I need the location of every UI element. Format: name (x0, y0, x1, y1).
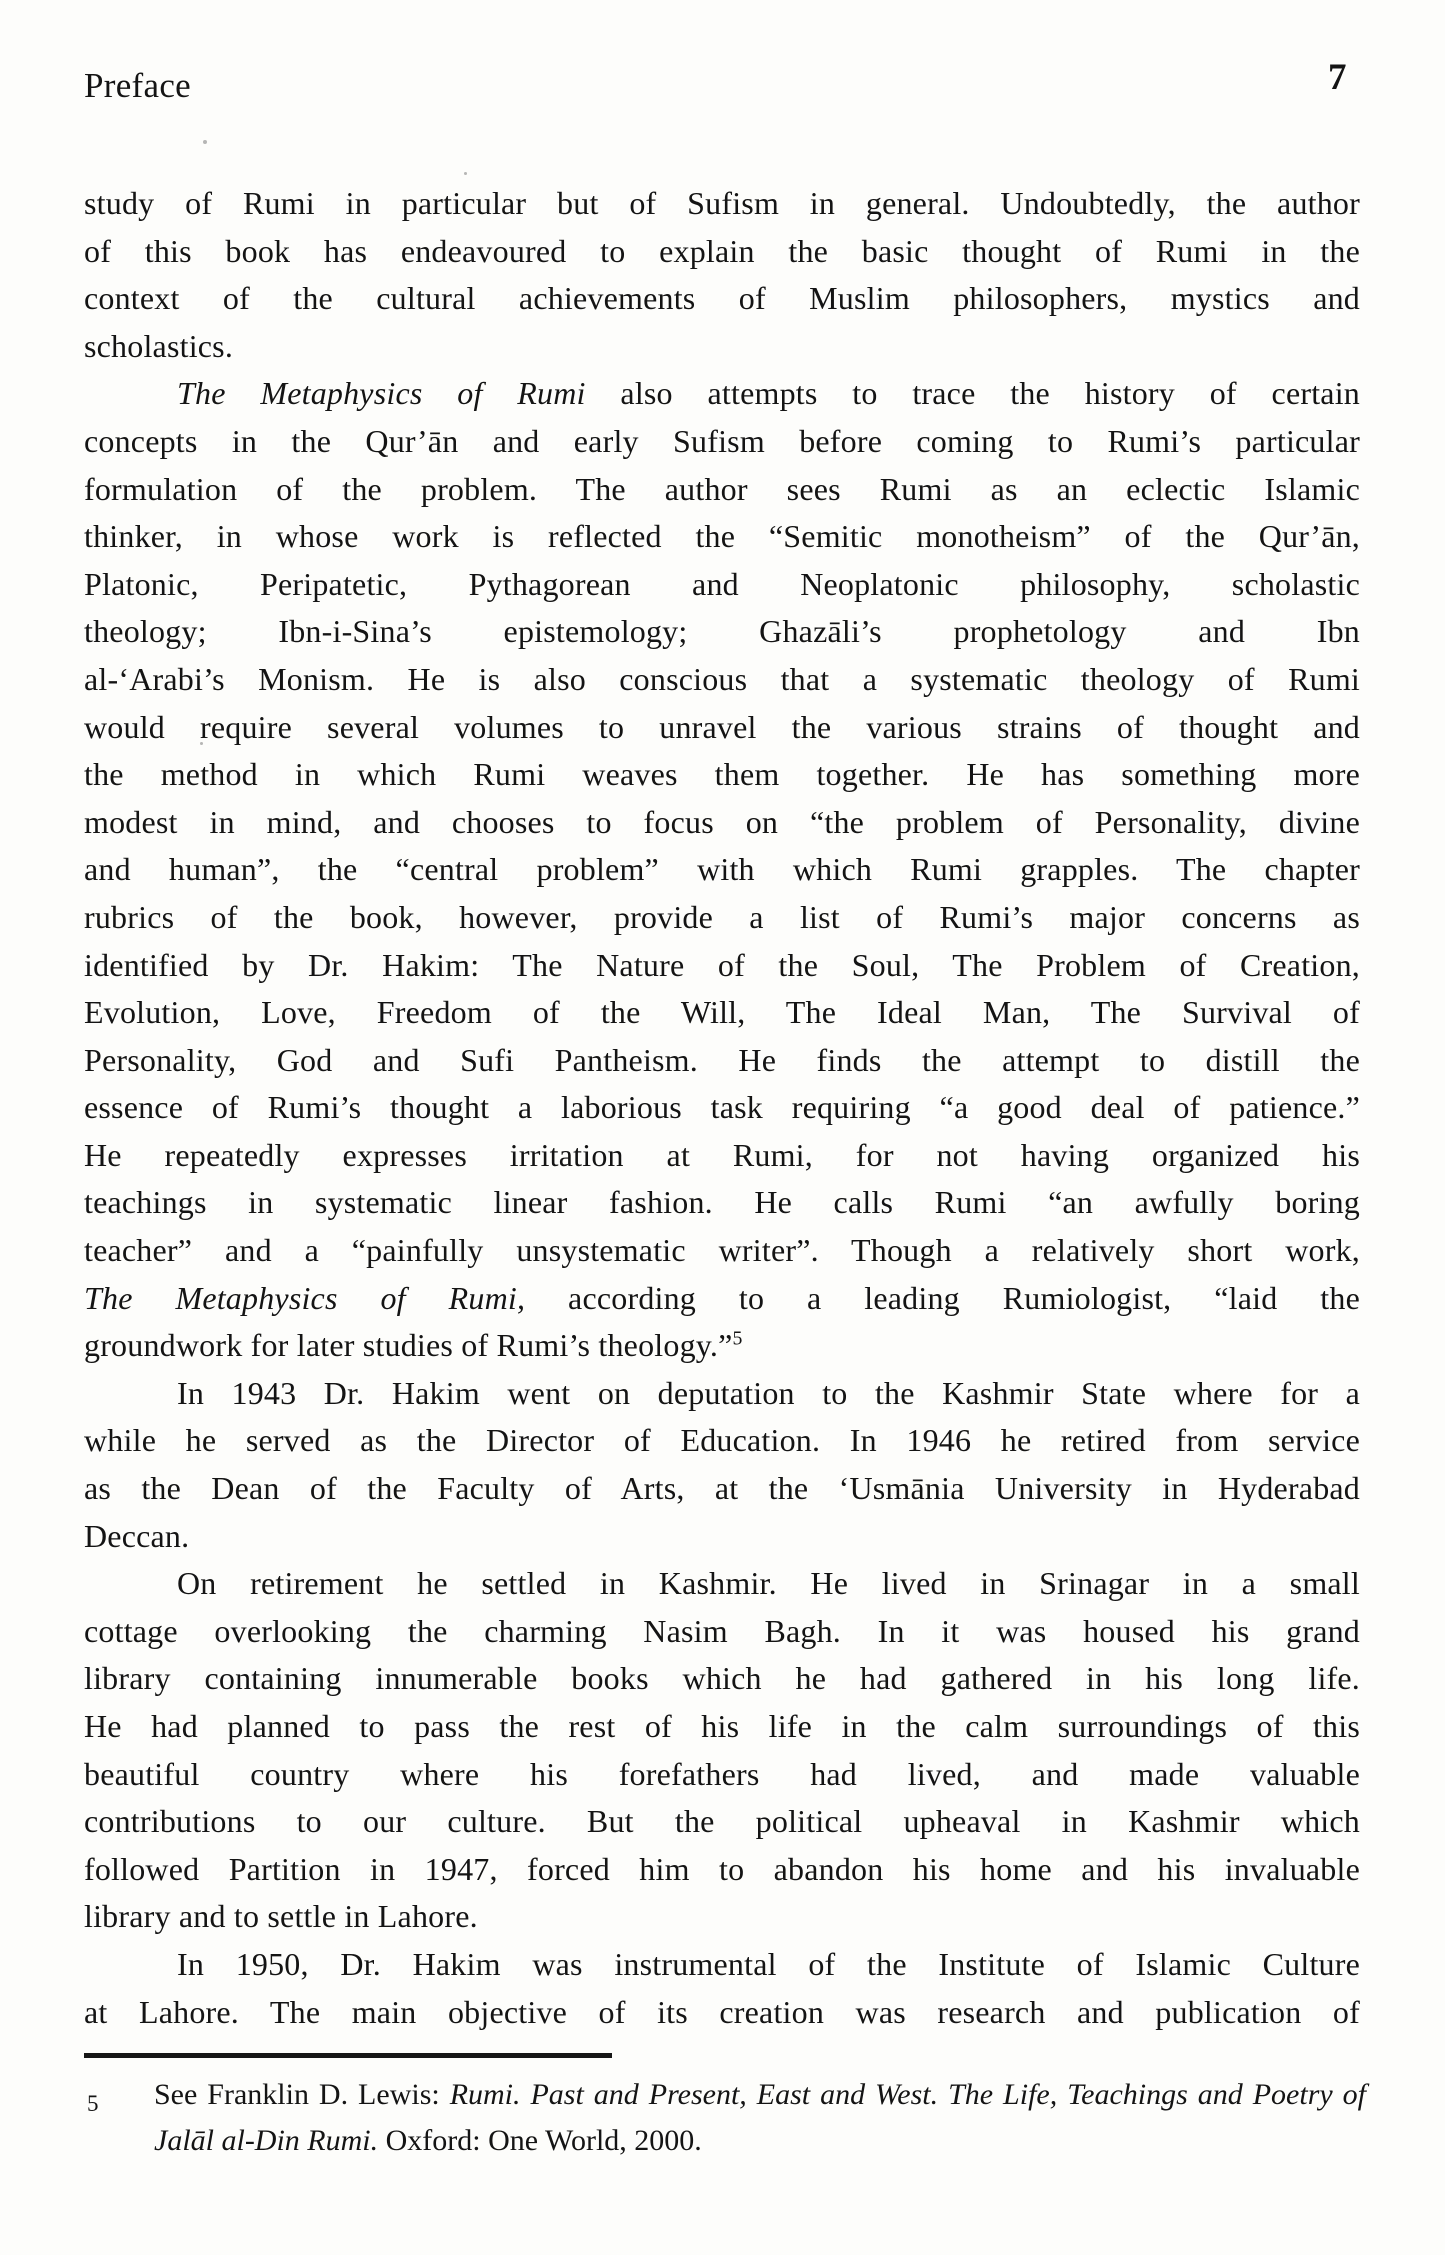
footnote: 5 See Franklin D. Lewis: Rumi. Past and … (84, 2072, 1366, 2164)
text-block: study of Rumi in particular but of Sufis… (84, 180, 1360, 2036)
paragraph: The Metaphysics of Rumi also attempts to… (84, 370, 1360, 1369)
text-line: Personality, God and Sufi Pantheism. He … (84, 1037, 1360, 1085)
footnote-text: See Franklin D. Lewis: Rumi. Past and Pr… (154, 2072, 1366, 2164)
text-line: In 1950, Dr. Hakim was instrumental of t… (84, 1941, 1360, 1989)
text-line: teacher” and a “painfully unsystematic w… (84, 1227, 1360, 1275)
text-line: would require several volumes to unravel… (84, 704, 1360, 752)
text-line: library and to settle in Lahore. (84, 1893, 1360, 1941)
text-line: identified by Dr. Hakim: The Nature of t… (84, 942, 1360, 990)
text-line: thinker, in whose work is reflected the … (84, 513, 1360, 561)
scan-speck (464, 172, 467, 175)
text-line: at Lahore. The main objective of its cre… (84, 1989, 1360, 2037)
text-line: Evolution, Love, Freedom of the Will, Th… (84, 989, 1360, 1037)
text-line: al-‘Arabi’s Monism. He is also conscious… (84, 656, 1360, 704)
text-line: library containing innumerable books whi… (84, 1655, 1360, 1703)
text-line: Jalāl al-Din Rumi. Oxford: One World, 20… (154, 2118, 1366, 2164)
paragraph: In 1943 Dr. Hakim went on deputation to … (84, 1370, 1360, 1560)
text-line: as the Dean of the Faculty of Arts, at t… (84, 1465, 1360, 1513)
text-line: Deccan. (84, 1513, 1360, 1561)
paragraph: In 1950, Dr. Hakim was instrumental of t… (84, 1941, 1360, 2036)
text-line: He had planned to pass the rest of his l… (84, 1703, 1360, 1751)
footnote-rule (84, 2053, 612, 2058)
scan-speck (203, 140, 207, 144)
text-line: cottage overlooking the charming Nasim B… (84, 1608, 1360, 1656)
text-line: groundwork for later studies of Rumi’s t… (84, 1322, 1360, 1370)
text-line: of this book has endeavoured to explain … (84, 228, 1360, 276)
text-line: In 1943 Dr. Hakim went on deputation to … (84, 1370, 1360, 1418)
text-line: the method in which Rumi weaves them tog… (84, 751, 1360, 799)
text-line: The Metaphysics of Rumi, according to a … (84, 1275, 1360, 1323)
text-line: formulation of the problem. The author s… (84, 466, 1360, 514)
text-line: essence of Rumi’s thought a laborious ta… (84, 1084, 1360, 1132)
text-line: He repeatedly expresses irritation at Ru… (84, 1132, 1360, 1180)
text-line: while he served as the Director of Educa… (84, 1417, 1360, 1465)
page: Preface 7 study of Rumi in particular bu… (0, 0, 1445, 2255)
text-line: theology; Ibn-i-Sina’s epistemology; Gha… (84, 608, 1360, 656)
text-line: beautiful country where his forefathers … (84, 1751, 1360, 1799)
text-line: context of the cultural achievements of … (84, 275, 1360, 323)
text-line: concepts in the Qur’ān and early Sufism … (84, 418, 1360, 466)
text-line: and human”, the “central problem” with w… (84, 846, 1360, 894)
paragraph: study of Rumi in particular but of Sufis… (84, 180, 1360, 370)
text-line: contributions to our culture. But the po… (84, 1798, 1360, 1846)
text-line: See Franklin D. Lewis: Rumi. Past and Pr… (154, 2072, 1366, 2118)
text-line: modest in mind, and chooses to focus on … (84, 799, 1360, 847)
text-line: study of Rumi in particular but of Sufis… (84, 180, 1360, 228)
footnote-marker: 5 (87, 2081, 99, 2127)
text-line: rubrics of the book, however, provide a … (84, 894, 1360, 942)
text-line: The Metaphysics of Rumi also attempts to… (84, 370, 1360, 418)
text-line: teachings in systematic linear fashion. … (84, 1179, 1360, 1227)
running-head: Preface (84, 66, 191, 106)
paragraph: On retirement he settled in Kashmir. He … (84, 1560, 1360, 1941)
scan-speck (200, 742, 203, 745)
page-number: 7 (1328, 56, 1347, 99)
text-line: followed Partition in 1947, forced him t… (84, 1846, 1360, 1894)
text-line: scholastics. (84, 323, 1360, 371)
text-line: Platonic, Peripatetic, Pythagorean and N… (84, 561, 1360, 609)
text-line: On retirement he settled in Kashmir. He … (84, 1560, 1360, 1608)
